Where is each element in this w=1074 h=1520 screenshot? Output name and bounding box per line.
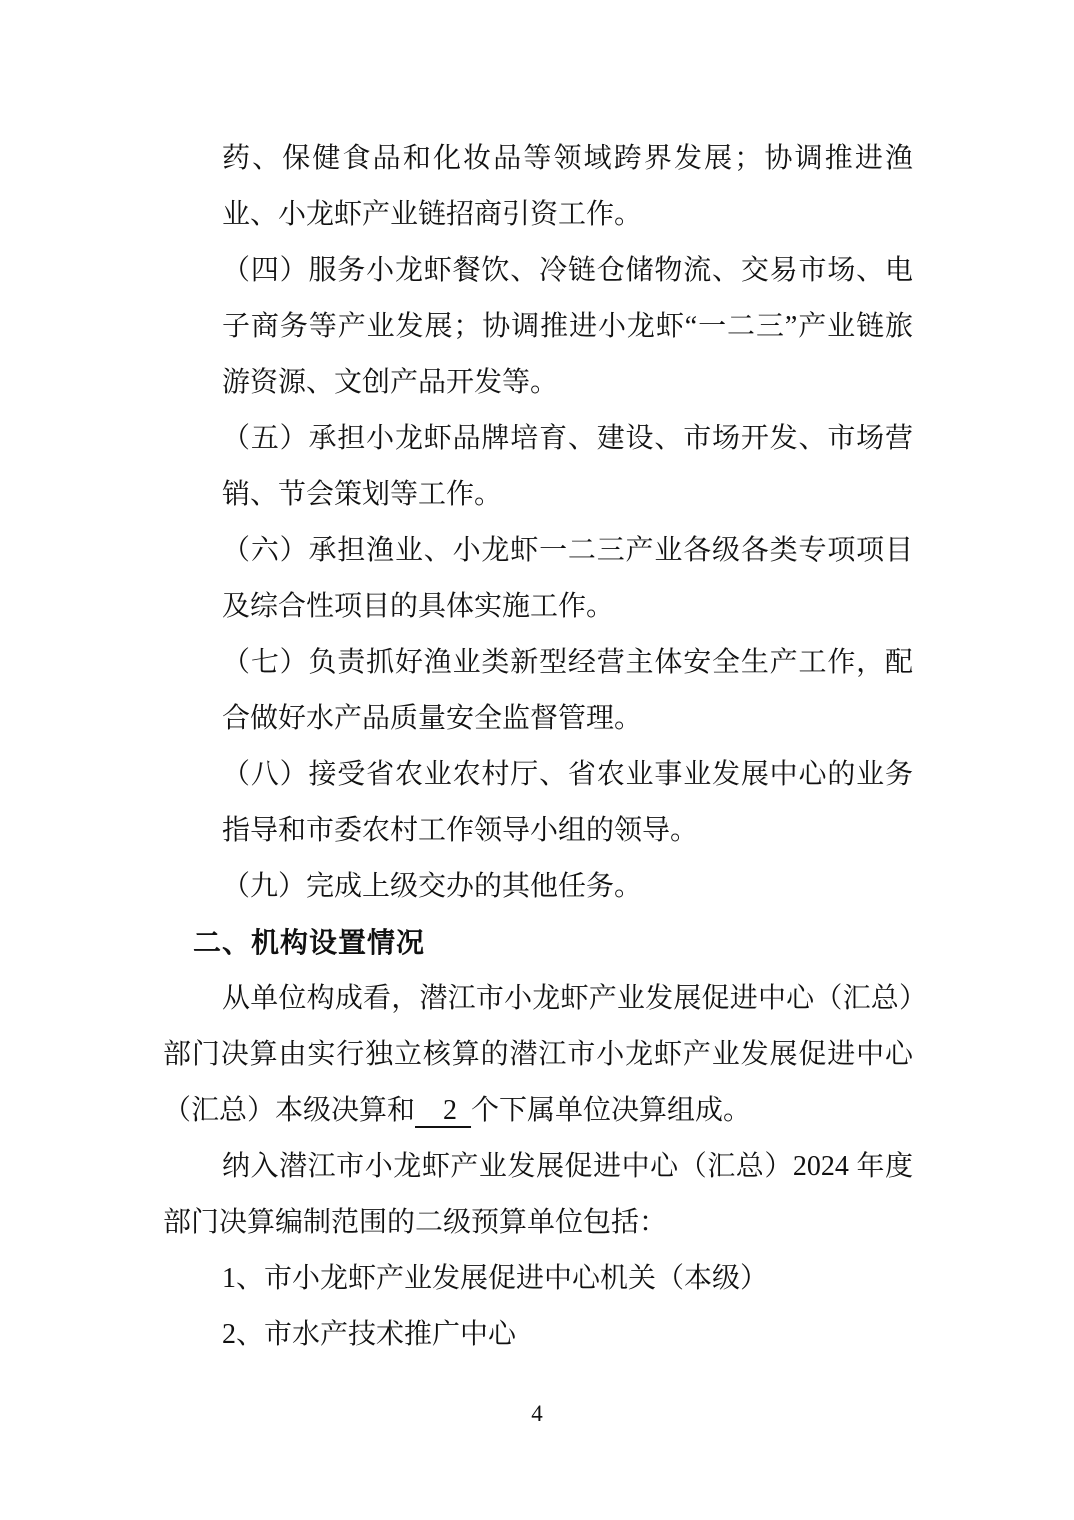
paragraph-unit-composition: 从单位构成看，潜江市小龙虾产业发展促进中心（汇总）部门决算由实行独立核算的潜江市…	[163, 971, 913, 1139]
paragraph-item9: （九）完成上级交办的其他任务。	[222, 859, 913, 915]
document-page: 药、保健食品和化妆品等领域跨界发展；协调推进渔业、小龙虾产业链招商引资工作。（四…	[0, 0, 1074, 1520]
underlined-blank-value: 2	[415, 1095, 471, 1126]
list-item-1: 1、市小龙虾产业发展促进中心机关（本级）	[163, 1251, 913, 1307]
section-heading: 二、机构设置情况	[193, 915, 913, 971]
paragraph-item7: （七）负责抓好渔业类新型经营主体安全生产工作，配合做好水产品质量安全监督管理。	[222, 635, 913, 747]
page-number: 4	[0, 1399, 1074, 1429]
paragraph-item8: （八）接受省农业农村厅、省农业事业发展中心的业务指导和市委农村工作领导小组的领导…	[222, 747, 913, 859]
list-item-2: 2、市水产技术推广中心	[163, 1307, 913, 1363]
paragraph-item5: （五）承担小龙虾品牌培育、建设、市场开发、市场营销、节会策划等工作。	[222, 411, 913, 523]
paragraph-item3-continuation: 药、保健食品和化妆品等领域跨界发展；协调推进渔业、小龙虾产业链招商引资工作。	[222, 131, 913, 243]
document-body-text: 药、保健食品和化妆品等领域跨界发展；协调推进渔业、小龙虾产业链招商引资工作。（四…	[163, 131, 913, 1363]
paragraph-item6: （六）承担渔业、小龙虾一二三产业各级各类专项项目及综合性项目的具体实施工作。	[222, 523, 913, 635]
paragraph-budget-scope: 纳入潜江市小龙虾产业发展促进中心（汇总）2024 年度部门决算编制范围的二级预算…	[163, 1139, 913, 1251]
paragraph-item4: （四）服务小龙虾餐饮、冷链仓储物流、交易市场、电子商务等产业发展；协调推进小龙虾…	[222, 243, 913, 411]
